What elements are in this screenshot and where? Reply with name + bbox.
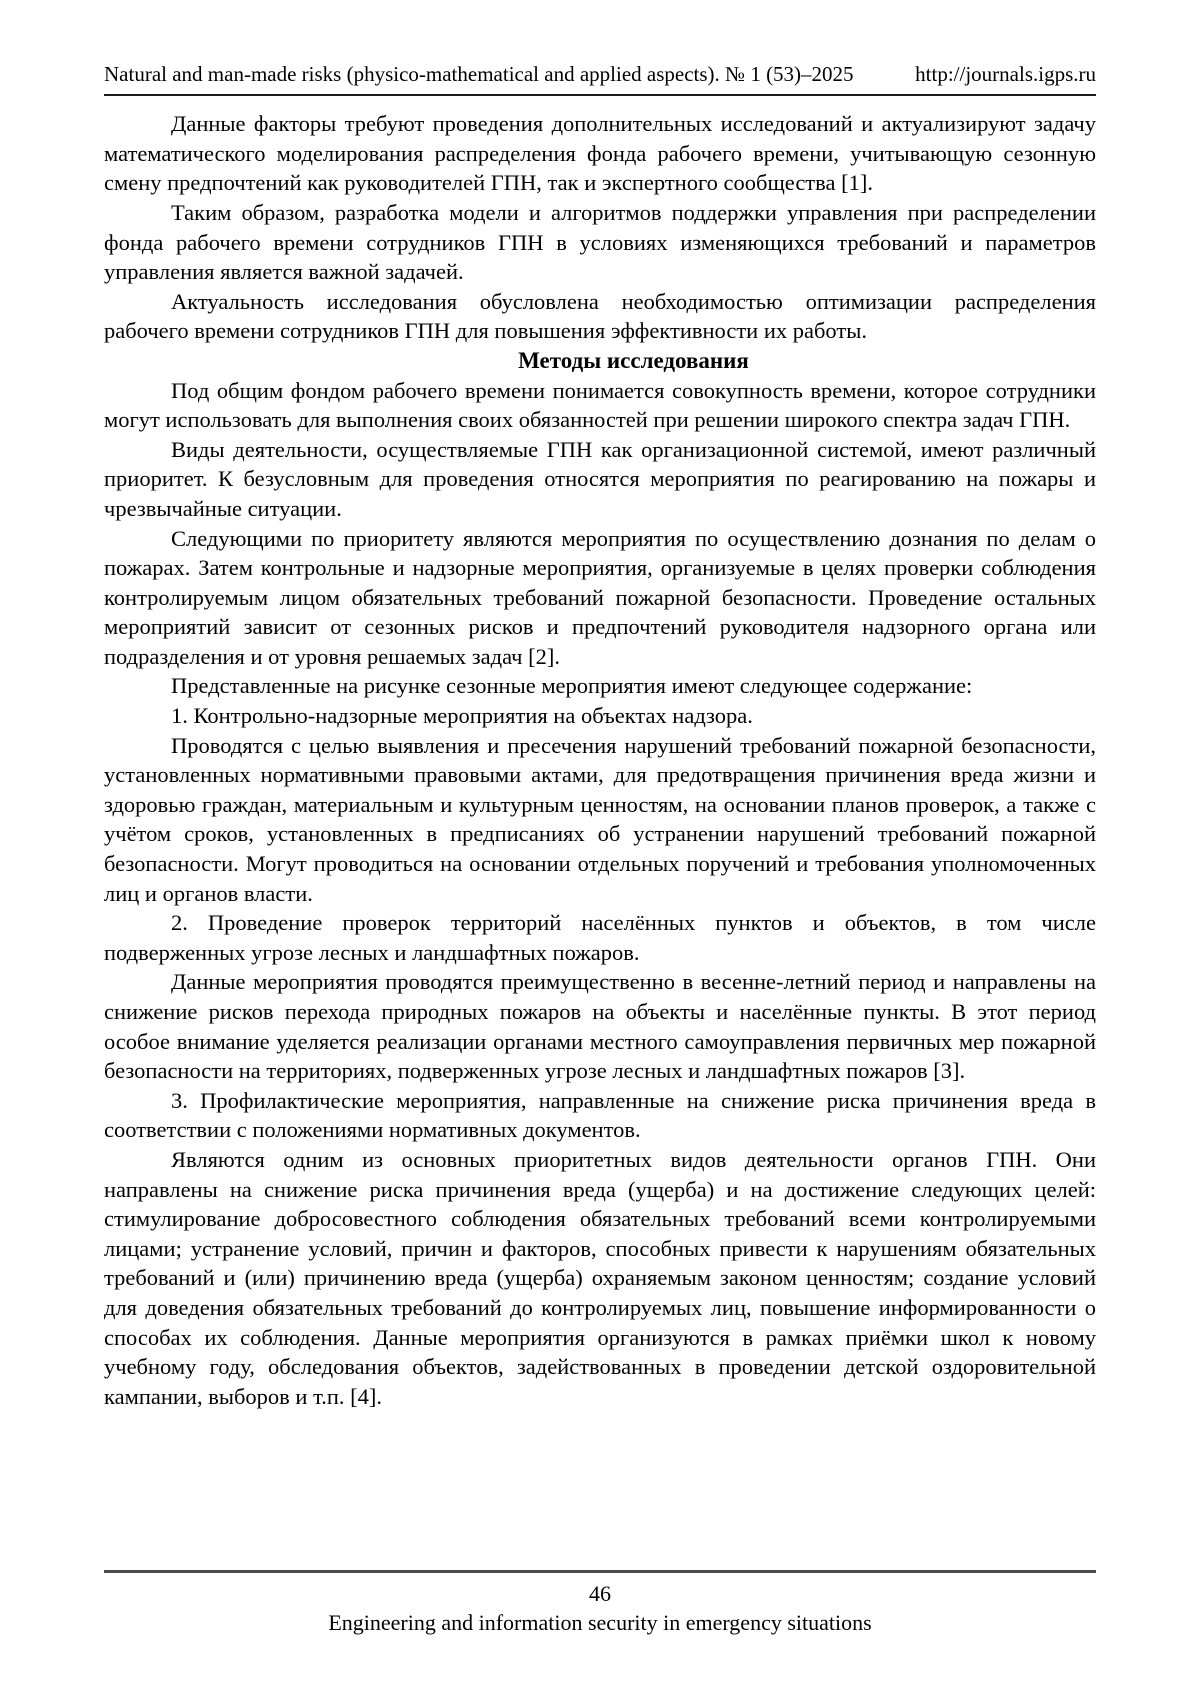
document-page: Natural and man-made risks (physico-math…	[0, 0, 1200, 1698]
list-item-paragraph: 1. Контрольно-надзорные мероприятия на о…	[104, 701, 1096, 731]
list-item-paragraph: 3. Профилактические мероприятия, направл…	[104, 1086, 1096, 1145]
journal-title: Natural and man-made risks (physico-math…	[104, 62, 854, 87]
page-header: Natural and man-made risks (physico-math…	[104, 0, 1096, 96]
journal-url: http://journals.igps.ru	[915, 62, 1096, 87]
page-number: 46	[104, 1580, 1096, 1608]
footer-section-label: Engineering and information security in …	[104, 1609, 1096, 1637]
page-footer: 46 Engineering and information security …	[104, 1570, 1096, 1636]
paragraph: Проводятся с целью выявления и пресечени…	[104, 731, 1096, 909]
list-item-paragraph: 2. Проведение проверок территорий населё…	[104, 908, 1096, 967]
paragraph: Под общим фондом рабочего времени понима…	[104, 376, 1096, 435]
article-body: Данные факторы требуют проведения дополн…	[104, 109, 1096, 1411]
paragraph: Данные мероприятия проводятся преимущест…	[104, 967, 1096, 1085]
paragraph: Являются одним из основных приоритетных …	[104, 1145, 1096, 1411]
paragraph: Следующими по приоритету являются меропр…	[104, 524, 1096, 672]
section-heading: Методы исследования	[104, 346, 1096, 376]
paragraph: Актуальность исследования обусловлена не…	[104, 287, 1096, 346]
paragraph: Данные факторы требуют проведения дополн…	[104, 109, 1096, 198]
paragraph: Виды деятельности, осуществляемые ГПН ка…	[104, 435, 1096, 524]
paragraph: Представленные на рисунке сезонные мероп…	[104, 671, 1096, 701]
paragraph: Таким образом, разработка модели и алгор…	[104, 198, 1096, 287]
